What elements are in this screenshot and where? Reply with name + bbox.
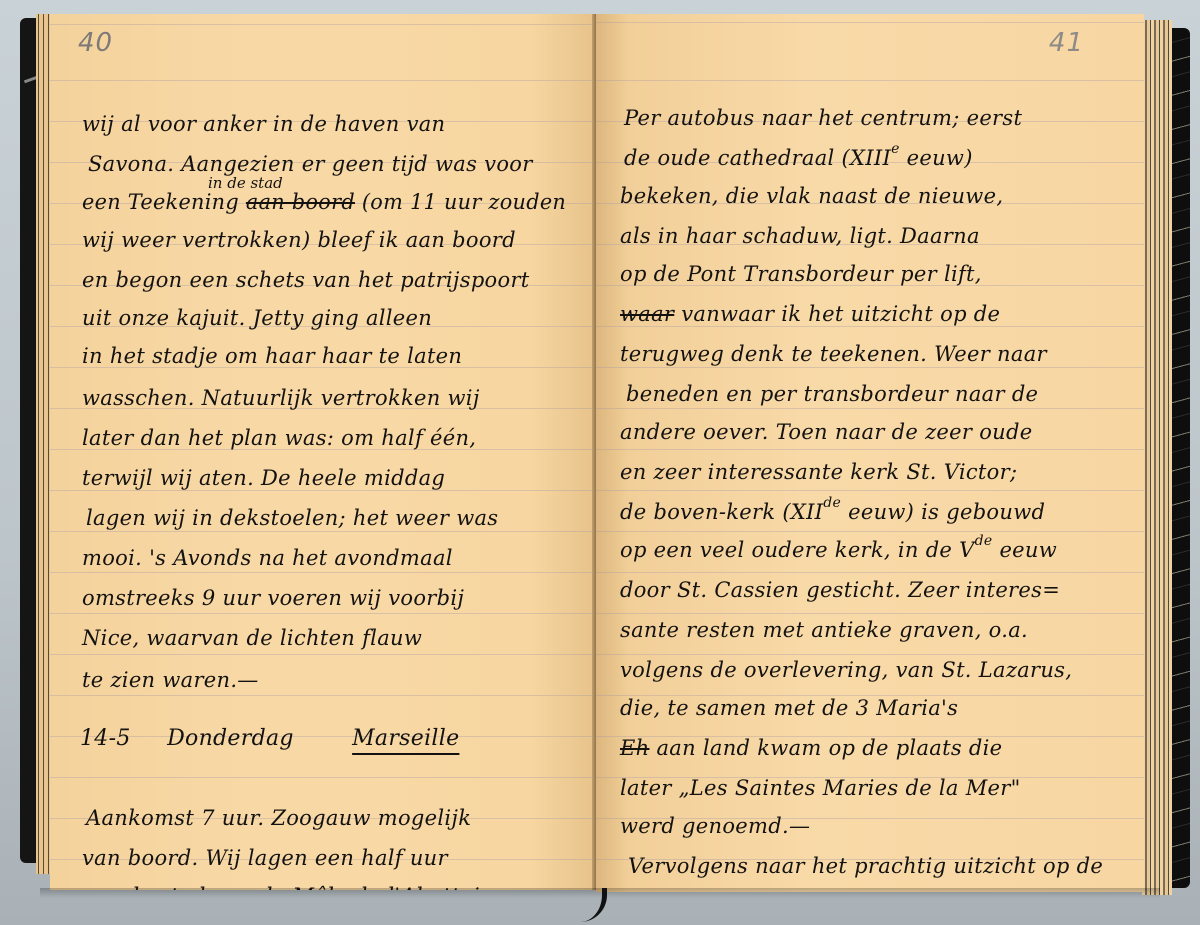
struck-text: aan boord <box>246 190 355 214</box>
text-line: in het stadje om haar haar te laten <box>82 344 462 368</box>
text-line: van boord. Wij lagen een half uur <box>82 846 448 870</box>
page-number: 41 <box>1049 28 1084 58</box>
entry-heading: 14-5 Donderdag Marseille <box>80 726 459 751</box>
right-page: 41 Per autobus naar het centrum; eerst d… <box>596 14 1144 892</box>
entry-date: 14-5 <box>80 726 131 751</box>
text-line: later „Les Saintes Maries de la Mer" <box>620 776 1021 800</box>
text-line: Aankomst 7 uur. Zoogauw mogelijk <box>86 806 471 830</box>
text-line: werd genoemd.— <box>620 814 810 838</box>
text-line: uit onze kajuit. Jetty ging alleen <box>82 306 432 330</box>
right-cover <box>1170 28 1190 888</box>
text-line: te zien waren.— <box>82 668 259 692</box>
text-line: andere oever. Toen naar de zeer oude <box>620 420 1032 444</box>
text-line: Per autobus naar het centrum; eerst <box>624 106 1022 130</box>
text-line: beneden en per transbordeur naar de <box>626 382 1038 406</box>
text-line: later dan het plan was: om half één, <box>82 426 476 450</box>
text-line: door St. Cassien gesticht. Zeer interes= <box>620 578 1060 602</box>
text-line: Vervolgens naar het prachtig uitzicht op… <box>628 854 1103 878</box>
text-line: waar vanwaar ik het uitzicht op de <box>620 302 1000 326</box>
text-line: Savona. Aangezien er geen tijd was voor <box>88 152 533 176</box>
text-line: sante resten met antieke graven, o.a. <box>620 618 1028 642</box>
text-line: mooi. 's Avonds na het avondmaal <box>82 546 453 570</box>
text-line: een Teekening aan boord (om 11 uur zoude… <box>82 190 566 214</box>
text-line: en begon een schets van het patrijspoort <box>82 268 530 292</box>
text-line: wij al voor anker in de haven van <box>82 112 445 136</box>
struck-text: waar <box>620 302 674 326</box>
text-line: terwijl wij aten. De heele middag <box>82 466 445 490</box>
right-page-edges <box>1142 20 1172 895</box>
left-page: 40 wij al voor anker in de haven van Sav… <box>50 14 596 890</box>
text-line: bekeken, die vlak naast de nieuwe, <box>620 184 1003 208</box>
text-line: de oude cathedraal (XIIIe eeuw) <box>624 146 973 170</box>
text-line: wij weer vertrokken) bleef ik aan boord <box>82 228 516 252</box>
text-line: op de Pont Transbordeur per lift, <box>620 262 982 286</box>
ruled-lines <box>50 14 596 890</box>
text-line: omstreeks 9 uur voeren wij voorbij <box>82 586 464 610</box>
text-line: lagen wij in dekstoelen; het weer was <box>86 506 498 530</box>
entry-weekday: Donderdag <box>167 726 294 751</box>
page-number: 40 <box>78 28 113 58</box>
text-line: de boven-kerk (XIIde eeuw) is gebouwd <box>620 500 1045 524</box>
entry-place: Marseille <box>352 726 459 751</box>
text-line: volgens de overlevering, van St. Lazarus… <box>620 658 1072 682</box>
text-line: op een veel oudere kerk, in de Vde eeuw <box>620 538 1057 562</box>
text-line: Eh aan land kwam op de plaats die <box>620 736 1002 760</box>
text-line: die, te samen met de 3 Maria's <box>620 696 958 720</box>
text-line: en zeer interessante kerk St. Victor; <box>620 460 1017 484</box>
text-line: Nice, waarvan de lichten flauw <box>82 626 422 650</box>
struck-text: Eh <box>620 736 649 760</box>
text-line: terugweg denk te teekenen. Weer naar <box>620 342 1047 366</box>
text-line: wasschen. Natuurlijk vertrokken wij <box>82 386 480 410</box>
text-line: als in haar schaduw, ligt. Daarna <box>620 224 980 248</box>
bookmark-ribbon <box>580 888 607 922</box>
open-notebook: 40 wij al voor anker in de haven van Sav… <box>0 0 1200 925</box>
